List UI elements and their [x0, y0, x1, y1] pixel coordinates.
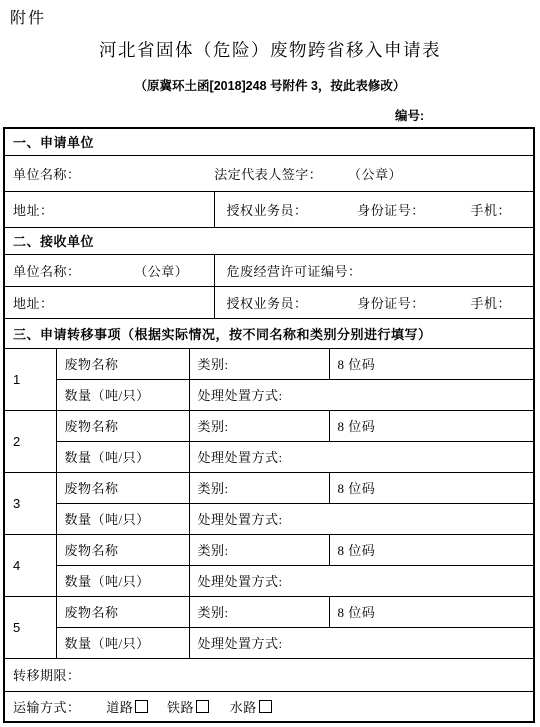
section1-address-cell: 地址： [4, 191, 214, 227]
unit-name-label: 单位名称： [13, 167, 81, 182]
waste-quantity-label: 数量（吨/只） [56, 441, 189, 472]
checkbox-icon [135, 700, 148, 713]
document-page: 附件 河北省固体（危险）废物跨省移入申请表 （原冀环土函[2018]248 号附… [0, 0, 540, 727]
section2-license-cell: 危废经营许可证编号： [214, 254, 534, 286]
section2-header: 二、接收单位 [4, 227, 534, 254]
waste-category-label: 类别: [189, 596, 329, 627]
id-number-label: 身份证号： [357, 296, 425, 311]
section2-agent-cell: 授权业务员： 身份证号： 手机： [214, 286, 534, 318]
waste-item-subrow: 数量（吨/只） 处理处置方式: [4, 627, 534, 658]
waste-disposal-label: 处理处置方式: [189, 565, 534, 596]
address-label: 地址： [13, 296, 54, 311]
official-seal-label: （公章） [134, 264, 188, 279]
transport-mode-label: 运输方式： [13, 700, 81, 715]
section2-name-cell: 单位名称： （公章） [4, 254, 214, 286]
unit-name-label: 单位名称： [13, 264, 81, 279]
id-number-label: 身份证号： [357, 203, 425, 218]
waste-name-label: 废物名称 [56, 534, 189, 565]
document-title: 河北省固体（危险）废物跨省移入申请表 [0, 37, 540, 62]
waste-quantity-label: 数量（吨/只） [56, 565, 189, 596]
waste-quantity-label: 数量（吨/只） [56, 627, 189, 658]
waste-code-label: 8 位码 [329, 472, 534, 503]
waste-disposal-label: 处理处置方式: [189, 441, 534, 472]
waste-code-label: 8 位码 [329, 596, 534, 627]
waste-item-subrow: 数量（吨/只） 处理处置方式: [4, 441, 534, 472]
item-number: 4 [4, 534, 56, 596]
transport-option-road: 道路 [106, 700, 148, 715]
waste-disposal-label: 处理处置方式: [189, 503, 534, 534]
section2-header-row: 二、接收单位 [4, 227, 534, 254]
waste-item-subrow: 数量（吨/只） 处理处置方式: [4, 503, 534, 534]
water-label: 水路 [230, 700, 257, 715]
section1-header-row: 一、申请单位 [4, 128, 534, 155]
section3-header-row: 三、申请转移事项（根据实际情况，按不同名称和类别分别进行填写） [4, 318, 534, 348]
item-number: 2 [4, 410, 56, 472]
waste-disposal-label: 处理处置方式: [189, 627, 534, 658]
item-number: 5 [4, 596, 56, 658]
waste-name-label: 废物名称 [56, 410, 189, 441]
section2-address-row: 地址： 授权业务员： 身份证号： 手机： [4, 286, 534, 318]
section1-name-row: 单位名称： 法定代表人签字： （公章） [4, 155, 534, 191]
address-label: 地址： [13, 203, 54, 218]
transfer-period-row: 转移期限： [4, 658, 534, 691]
waste-item-row: 5 废物名称 类别: 8 位码 [4, 596, 534, 627]
section1-name-cell: 单位名称： 法定代表人签字： （公章） [4, 155, 534, 191]
waste-item-row: 3 废物名称 类别: 8 位码 [4, 472, 534, 503]
waste-name-label: 废物名称 [56, 348, 189, 379]
road-label: 道路 [106, 700, 133, 715]
attachment-label: 附件 [10, 5, 540, 28]
legal-representative-label: 法定代表人签字： [214, 167, 322, 182]
authorized-agent-label: 授权业务员： [227, 203, 308, 218]
item-number: 3 [4, 472, 56, 534]
checkbox-icon [259, 700, 272, 713]
rail-label: 铁路 [167, 700, 194, 715]
document-subtitle: （原冀环土函[2018]248 号附件 3，按此表修改） [0, 76, 540, 94]
transfer-period-label: 转移期限： [4, 658, 534, 691]
mobile-label: 手机： [471, 296, 512, 311]
waste-quantity-label: 数量（吨/只） [56, 503, 189, 534]
document-number-label: 编号: [395, 106, 540, 124]
section1-agent-cell: 授权业务员： 身份证号： 手机： [214, 191, 534, 227]
transport-option-rail: 铁路 [167, 700, 209, 715]
waste-category-label: 类别: [189, 348, 329, 379]
waste-name-label: 废物名称 [56, 472, 189, 503]
section3-header: 三、申请转移事项（根据实际情况，按不同名称和类别分别进行填写） [4, 318, 534, 348]
application-form-table: 一、申请单位 单位名称： 法定代表人签字： （公章） 地址： 授权业务员： 身份… [3, 127, 535, 723]
waste-quantity-label: 数量（吨/只） [56, 379, 189, 410]
transport-option-water: 水路 [230, 700, 272, 715]
waste-item-row: 1 废物名称 类别: 8 位码 [4, 348, 534, 379]
authorized-agent-label: 授权业务员： [227, 296, 308, 311]
waste-item-subrow: 数量（吨/只） 处理处置方式: [4, 379, 534, 410]
mobile-label: 手机： [471, 203, 512, 218]
section2-name-row: 单位名称： （公章） 危废经营许可证编号： [4, 254, 534, 286]
waste-item-row: 4 废物名称 类别: 8 位码 [4, 534, 534, 565]
transport-mode-row: 运输方式： 道路 铁路 水路 [4, 691, 534, 722]
waste-category-label: 类别: [189, 410, 329, 441]
waste-category-label: 类别: [189, 534, 329, 565]
waste-disposal-label: 处理处置方式: [189, 379, 534, 410]
waste-code-label: 8 位码 [329, 410, 534, 441]
item-number: 1 [4, 348, 56, 410]
waste-name-label: 废物名称 [56, 596, 189, 627]
section2-address-cell: 地址： [4, 286, 214, 318]
section1-address-row: 地址： 授权业务员： 身份证号： 手机： [4, 191, 534, 227]
checkbox-icon [196, 700, 209, 713]
waste-item-row: 2 废物名称 类别: 8 位码 [4, 410, 534, 441]
waste-code-label: 8 位码 [329, 348, 534, 379]
waste-code-label: 8 位码 [329, 534, 534, 565]
official-seal-label: （公章） [348, 167, 402, 182]
waste-item-subrow: 数量（吨/只） 处理处置方式: [4, 565, 534, 596]
waste-category-label: 类别: [189, 472, 329, 503]
section1-header: 一、申请单位 [4, 128, 534, 155]
hazardous-waste-license-label: 危废经营许可证编号： [227, 264, 362, 279]
transport-mode-cell: 运输方式： 道路 铁路 水路 [4, 691, 534, 722]
